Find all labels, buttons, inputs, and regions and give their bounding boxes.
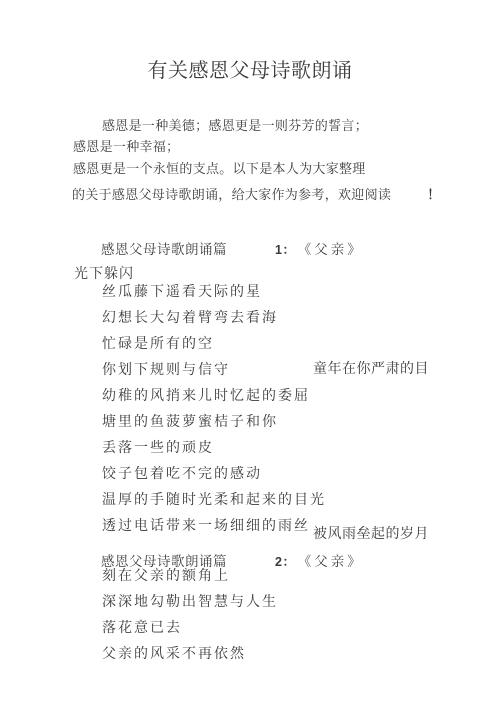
- poem-line: 幼稚的风捎来儿时忆起的委屈: [102, 384, 326, 410]
- poem-line: 深深地勾勒出智慧与人生: [102, 590, 278, 616]
- section-1-poem-title: 《父亲》: [304, 242, 363, 257]
- poem-1-side-note: 童年在你严肃的目: [313, 362, 429, 378]
- intro-line-4: 的关于感恩父母诗歌朗诵，给大家作为参考，欢迎阅读！: [72, 188, 441, 203]
- poem-line: 幻想长大勾着臂弯去看海: [102, 306, 326, 332]
- poem-line: 丢落一些的顽皮: [102, 436, 326, 462]
- poem-line: 忙碌是所有的空: [102, 332, 326, 358]
- poem-line: 饺子包着吃不完的感动: [102, 462, 326, 488]
- poem-line: 你划下规则与信守: [102, 358, 326, 384]
- section-1-heading-prefix: 感恩父母诗歌朗诵篇: [101, 242, 227, 257]
- poem-line: 温厚的手随时光柔和起来的目光: [102, 488, 326, 514]
- poem-line: 刻在父亲的额角上: [102, 564, 278, 590]
- poem-line: 透过电话带来一场细细的雨丝: [102, 514, 326, 540]
- section-2-poem-title: 《父亲》: [304, 554, 363, 569]
- poem-line: 落花意已去: [102, 616, 278, 642]
- document-page: 有关感恩父母诗歌朗诵 感恩是一种美德；感恩更是一则芬芳的誓言； 感恩是一种幸福；…: [0, 0, 500, 708]
- section-1-heading-number: 1：: [275, 243, 295, 257]
- poem-2-body: 刻在父亲的额角上深深地勾勒出智慧与人生落花意已去父亲的风采不再依然: [102, 564, 278, 668]
- section-2-heading-number: 2：: [275, 555, 295, 569]
- poem-1-body: 丝瓜藤下遥看天际的星幻想长大勾着臂弯去看海忙碌是所有的空你划下规则与信守幼稚的风…: [102, 280, 326, 540]
- poem-line: 丝瓜藤下遥看天际的星: [102, 280, 326, 306]
- poem-2-side-note: 被风雨垒起的岁月: [313, 527, 429, 543]
- section-1-heading: 感恩父母诗歌朗诵篇1：《父亲》: [101, 242, 364, 258]
- page-title: 有关感恩父母诗歌朗诵: [0, 60, 500, 83]
- intro-line-2: 感恩是一种幸福；: [73, 140, 179, 155]
- exclamation-mark: ！: [427, 187, 440, 202]
- intro-line-4-text: 的关于感恩父母诗歌朗诵，给大家作为参考，欢迎阅读: [72, 187, 391, 202]
- intro-line-3: 感恩更是一个永恒的支点。以下是本人为大家整理: [73, 162, 366, 177]
- intro-line-1: 感恩是一种美德；感恩更是一则芬芳的誓言；: [102, 119, 368, 134]
- poem-line: 塘里的鱼菠萝蜜桔子和你: [102, 410, 326, 436]
- poem-line: 父亲的风采不再依然: [102, 642, 278, 668]
